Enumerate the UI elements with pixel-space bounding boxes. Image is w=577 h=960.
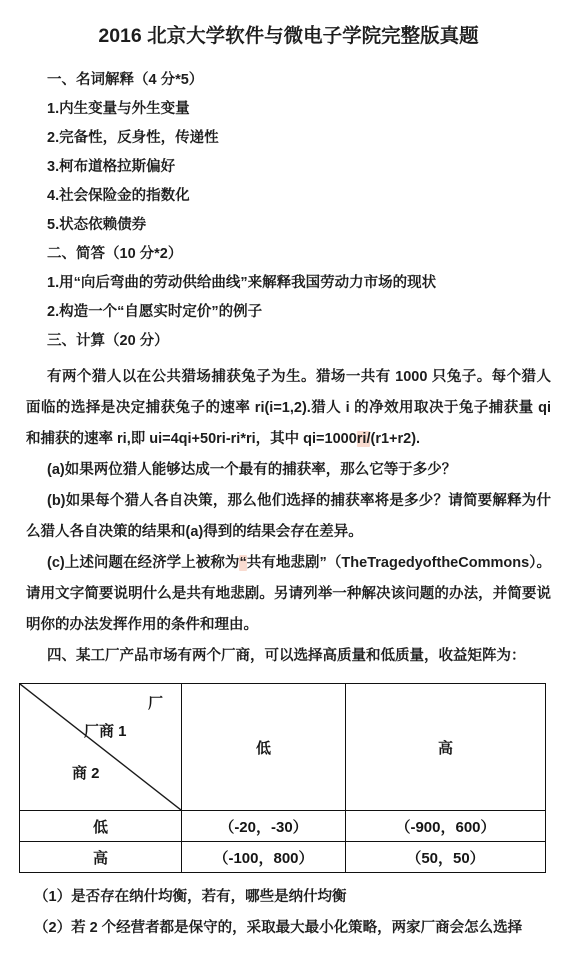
payoff-matrix-table: 厂 厂商 1 商 2 低 高 低 （-20，-30） （-900，600） 高 … [19,683,546,873]
term-item-3: 3.柯布道格拉斯偏好 [26,159,551,176]
page-title: 2016 北京大学软件与微电子学院完整版真题 [26,20,551,48]
col-header-high: 高 [346,684,546,811]
calc-problem-intro: 有两个猎人以在公共猎场捕获兔子为生。猎场一共有 1000 只兔子。每个猎人面临的… [26,362,551,455]
section1-heading: 一、名词解释（4 分*5） [26,72,551,89]
term-item-4: 4.社会保险金的指数化 [26,188,551,205]
question-b: (b)如果每个猎人各自决策，那么他们选择的捕获率将是多少？请简要解释为什么猎人各… [26,486,551,548]
row-label-low: 低 [20,811,182,842]
payoff-low-high: （-900，600） [346,811,546,842]
corner-label-firm2: 商 2 [72,762,100,783]
short-answer-item-2: 2.构造一个“自愿实时定价”的例子 [26,304,551,321]
question-c-pre: (c)上述问题在经济学上被称为 [47,555,239,571]
term-item-2: 2.完备性，反身性，传递性 [26,130,551,147]
section2-heading: 二、简答（10 分*2） [26,246,551,263]
exam-document-page: 2016 北京大学软件与微电子学院完整版真题 一、名词解释（4 分*5） 1.内… [0,0,577,960]
table-row-low: 低 （-20，-30） （-900，600） [20,811,546,842]
intro-text-post: (r1+r2). [370,431,420,447]
sub-question-2: （2）若 2 个经营者都是保守的，采取最大最小化策略，两家厂商会怎么选择 [26,920,551,937]
term-item-1: 1.内生变量与外生变量 [26,101,551,118]
section4-heading: 四、某工厂产品市场有两个厂商，可以选择高质量和低质量，收益矩阵为： [26,641,551,672]
sub-question-1: （1）是否存在纳什均衡，若有，哪些是纳什均衡 [26,889,551,906]
payoff-high-high: （50，50） [346,842,546,873]
payoff-low-low: （-20，-30） [182,811,346,842]
intro-highlight: ri/ [357,431,371,447]
question-c: (c)上述问题在经济学上被称为“共有地悲剧”（TheTragedyoftheCo… [26,548,551,641]
table-header-row: 厂 厂商 1 商 2 低 高 [20,684,546,811]
col-header-low: 低 [182,684,346,811]
corner-cell: 厂 厂商 1 商 2 [20,684,182,811]
question-c-highlight: “ [239,555,246,571]
corner-label-firm-fragment: 厂 [148,692,163,713]
question-a: (a)如果两位猎人能够达成一个最有的捕获率，那么它等于多少？ [26,455,551,486]
table-row-high: 高 （-100，800） （50，50） [20,842,546,873]
intro-text-pre: 有两个猎人以在公共猎场捕获兔子为生。猎场一共有 1000 只兔子。每个猎人面临的… [26,369,551,447]
section3-heading: 三、计算（20 分） [26,333,551,350]
term-item-5: 5.状态依赖债券 [26,217,551,234]
payoff-high-low: （-100，800） [182,842,346,873]
row-label-high: 高 [20,842,182,873]
corner-label-firm1: 厂商 1 [84,720,127,741]
short-answer-item-1: 1.用“向后弯曲的劳动供给曲线”来解释我国劳动力市场的现状 [26,275,551,292]
